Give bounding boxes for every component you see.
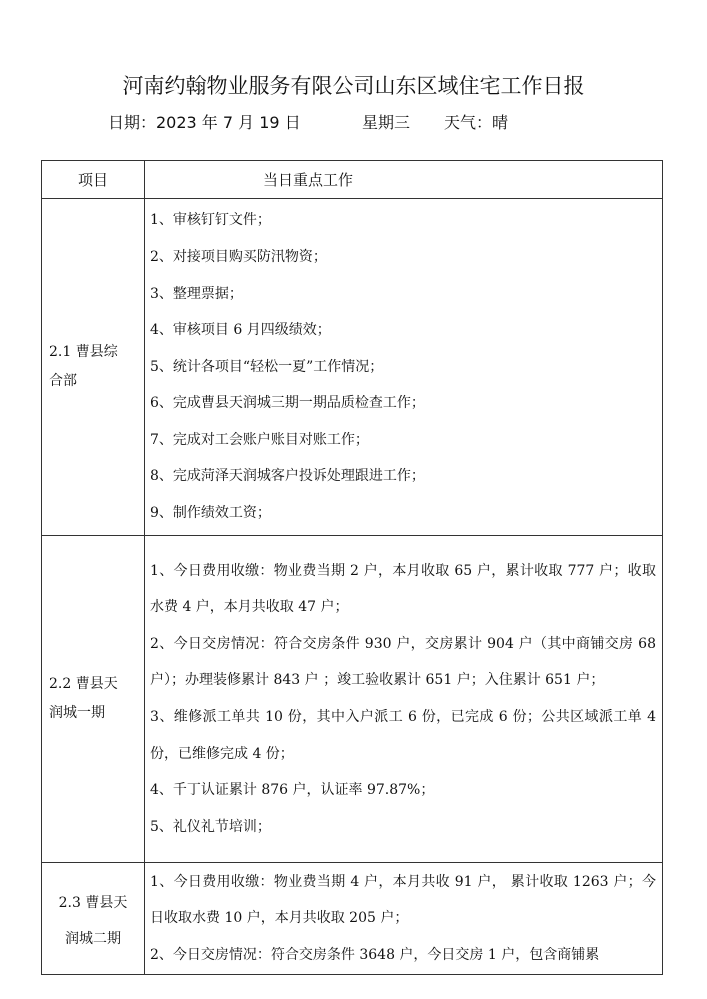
work-item: 2、今日交房情况：符合交房条件 930 户，交房累计 904 户（其中商铺交房 …: [150, 626, 656, 699]
project-name-line: 2.1 曹县综: [49, 338, 144, 367]
work-item: 3、整理票据；: [150, 276, 656, 313]
report-weather: 天气：晴: [444, 110, 508, 133]
work-item: 1、审核钉钉文件；: [150, 202, 656, 239]
work-item: 2、今日交房情况：符合交房条件 3648 户，今日交房 1 户，包含商铺累: [150, 937, 656, 974]
work-items-cell: 1、今日费用收缴：物业费当期 4 户，本月共收 91 户， 累计收取 1263 …: [145, 863, 663, 975]
report-date: 日期：2023 年 7 月 19 日: [108, 110, 301, 133]
work-item: 1、今日费用收缴：物业费当期 4 户，本月共收 91 户， 累计收取 1263 …: [150, 864, 656, 937]
project-name-line: 2.2 曹县天: [49, 670, 144, 699]
work-items-cell: 1、今日费用收缴：物业费当期 2 户，本月收取 65 户，累计收取 777 户；…: [145, 536, 663, 863]
table-row: 2.3 曹县天 润城二期 1、今日费用收缴：物业费当期 4 户，本月共收 91 …: [42, 863, 663, 975]
work-item: 6、完成曹县天润城三期一期品质检查工作；: [150, 385, 656, 422]
header-project: 项目: [42, 161, 145, 199]
work-item: 2、对接项目购买防汛物资；: [150, 239, 656, 276]
project-name-line: 合部: [49, 367, 144, 396]
table-row: 2.2 曹县天 润城一期 1、今日费用收缴：物业费当期 2 户，本月收取 65 …: [42, 536, 663, 863]
header-key-work: 当日重点工作: [145, 161, 663, 199]
work-items-cell: 1、审核钉钉文件； 2、对接项目购买防汛物资； 3、整理票据； 4、审核项目 6…: [145, 199, 663, 536]
work-item: 4、审核项目 6 月四级绩效；: [150, 312, 656, 349]
work-item: 5、礼仪礼节培训；: [150, 809, 656, 846]
table-header-row: 项目 当日重点工作: [42, 161, 663, 199]
project-name-line: 润城二期: [42, 921, 144, 957]
work-item: 8、完成菏泽天润城客户投诉处理跟进工作；: [150, 458, 656, 495]
project-cell: 2.1 曹县综 合部: [42, 199, 145, 536]
work-report-table: 项目 当日重点工作 2.1 曹县综 合部 1、审核钉钉文件； 2、对接项目购买防…: [41, 160, 663, 975]
project-cell: 2.3 曹县天 润城二期: [42, 863, 145, 975]
project-cell: 2.2 曹县天 润城一期: [42, 536, 145, 863]
work-item: 9、制作绩效工资；: [150, 495, 656, 532]
report-weekday: 星期三: [362, 110, 410, 133]
project-name-line: 2.3 曹县天: [42, 885, 144, 921]
project-name-line: 润城一期: [49, 699, 144, 728]
work-item: 4、千丁认证累计 876 户，认证率 97.87%；: [150, 772, 656, 809]
table-row: 2.1 曹县综 合部 1、审核钉钉文件； 2、对接项目购买防汛物资； 3、整理票…: [42, 199, 663, 536]
document-title: 河南约翰物业服务有限公司山东区域住宅工作日报: [0, 70, 707, 100]
work-item: 5、统计各项目“轻松一夏”工作情况；: [150, 349, 656, 386]
work-item: 1、今日费用收缴：物业费当期 2 户，本月收取 65 户，累计收取 777 户；…: [150, 553, 656, 626]
work-item: 3、维修派工单共 10 份，其中入户派工 6 份，已完成 6 份；公共区域派工单…: [150, 699, 656, 772]
work-item: 7、完成对工会账户账目对账工作；: [150, 422, 656, 459]
